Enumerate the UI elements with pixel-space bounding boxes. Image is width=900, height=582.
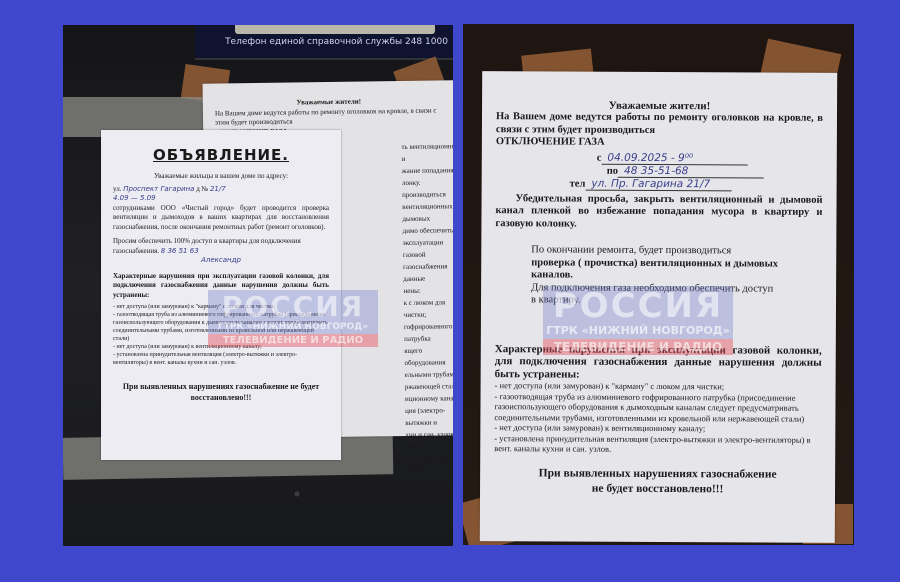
request-text: Убедительная просьба, закрыть вентиляцио… xyxy=(481,193,836,232)
back-notice-fragments: ть вентиляционный ижание попаданиялонку.… xyxy=(401,140,453,477)
violations-heading: Характерные нарушения при эксплуатации г… xyxy=(481,343,836,382)
violation-item: новлено!!! xyxy=(406,464,453,477)
violation-item: - газоотводящая труба из алюминиевого го… xyxy=(113,311,329,343)
violation-item: гофрированного патрубка xyxy=(404,320,453,345)
tel-line: тел ул. Пр. Гагарина 21/7 xyxy=(482,177,837,192)
final-warning: При выявленных нарушениях газоснабжение … xyxy=(480,466,835,498)
date-line: 4.09 — 5.09 xyxy=(101,194,341,204)
violation-item: - нет доступа (или замурован) к вентиляц… xyxy=(113,343,329,351)
right-photo: Уважаемые жители! На Вашем доме ведутся … xyxy=(463,24,854,545)
violation-item: газоснабжения данные xyxy=(403,260,453,285)
violation-item: ть вентиляционный и xyxy=(401,140,453,165)
gas-shutdown-notice: Уважаемые жители! На Вашем доме ведутся … xyxy=(480,71,837,543)
violation-item: - газоотводящая труба из алюминиевого го… xyxy=(494,391,821,424)
violation-item: хни и сан. узлов. xyxy=(405,428,453,441)
violation-item: димо обеспечить xyxy=(403,224,453,237)
violation-item: ржавеющей стали) xyxy=(405,380,453,393)
violation-item: лонку. xyxy=(402,176,453,189)
violations-list: - нет доступа (или замурован) к "карману… xyxy=(480,380,835,455)
final-warning: При выявленных нарушениях газоснабжение … xyxy=(101,381,341,403)
violation-item: жание попадания xyxy=(402,164,453,177)
violation-item: ельными трубами xyxy=(405,368,453,381)
violation-item: - установлена принудительная вентиляция … xyxy=(494,433,821,456)
notice-body: сотрудниками ООО «Чистый город» будет пр… xyxy=(101,204,341,233)
info-sign-board: Телефон единой справочной службы 248 100… xyxy=(195,25,453,60)
notice-title: ОБЪЯВЛЕНИЕ. xyxy=(101,146,341,164)
notice-shutdown: ОТКЛЮЧЕНИЕ ГАЗА xyxy=(482,136,837,150)
violation-item: эксплуатации газовой xyxy=(403,236,453,261)
from-value: 04.09.2025 - 9⁰⁰ xyxy=(601,151,747,165)
violation-item: производиться xyxy=(402,188,453,201)
violation-item: ящего оборудования xyxy=(404,344,453,369)
address-line: ул. Проспект Гагарина д № 21/7 xyxy=(101,185,341,195)
sign-board-text: Телефон единой справочной службы 248 100… xyxy=(195,37,453,47)
access-text: Для подключения газа необходимо обеспечи… xyxy=(481,282,836,309)
greeting: Уважаемые жильцы в вашем доме по адресу: xyxy=(101,172,341,182)
after-repair-bold: проверка ( прочистка) вентиляционных и д… xyxy=(481,257,836,284)
notice-intro: На Вашем доме ведутся работы по ремонту … xyxy=(482,111,837,138)
violation-item: вентиляционных и дымовых xyxy=(402,200,453,225)
violation-item: нены: xyxy=(403,284,453,297)
signature-line: Александр xyxy=(101,256,341,266)
violation-item: к с люком для чистки; xyxy=(404,296,453,321)
left-photo: Телефон единой справочной службы 248 100… xyxy=(63,25,453,546)
violation-item: - нет доступа (или замурован) к "карману… xyxy=(113,303,329,311)
to-value: 48 35-51-68 xyxy=(618,164,764,178)
after-repair-text: По окончании ремонта, будет производитьс… xyxy=(481,244,836,258)
violation-item: ция (электро-вытяжки и xyxy=(405,404,453,429)
address-value: Проспект Гагарина xyxy=(123,185,194,193)
violation-item: ениях газоснабжение xyxy=(406,440,453,465)
violation-item: иционному каналу; xyxy=(405,392,453,405)
tel-value: ул. Пр. Гагарина 21/7 xyxy=(585,177,731,191)
violations-list: - нет доступа (или замурован) к "карману… xyxy=(101,303,341,367)
violation-item: - установлена принудительная вентиляция … xyxy=(113,351,329,367)
front-notice: ОБЪЯВЛЕНИЕ. Уважаемые жильцы в вашем дом… xyxy=(101,130,341,460)
violations-heading: Характерные нарушения при эксплуатации г… xyxy=(101,272,341,301)
house-value: 21/7 xyxy=(210,185,226,193)
notice-request: Просим обеспечить 100% доступ в квартиры… xyxy=(101,237,341,256)
